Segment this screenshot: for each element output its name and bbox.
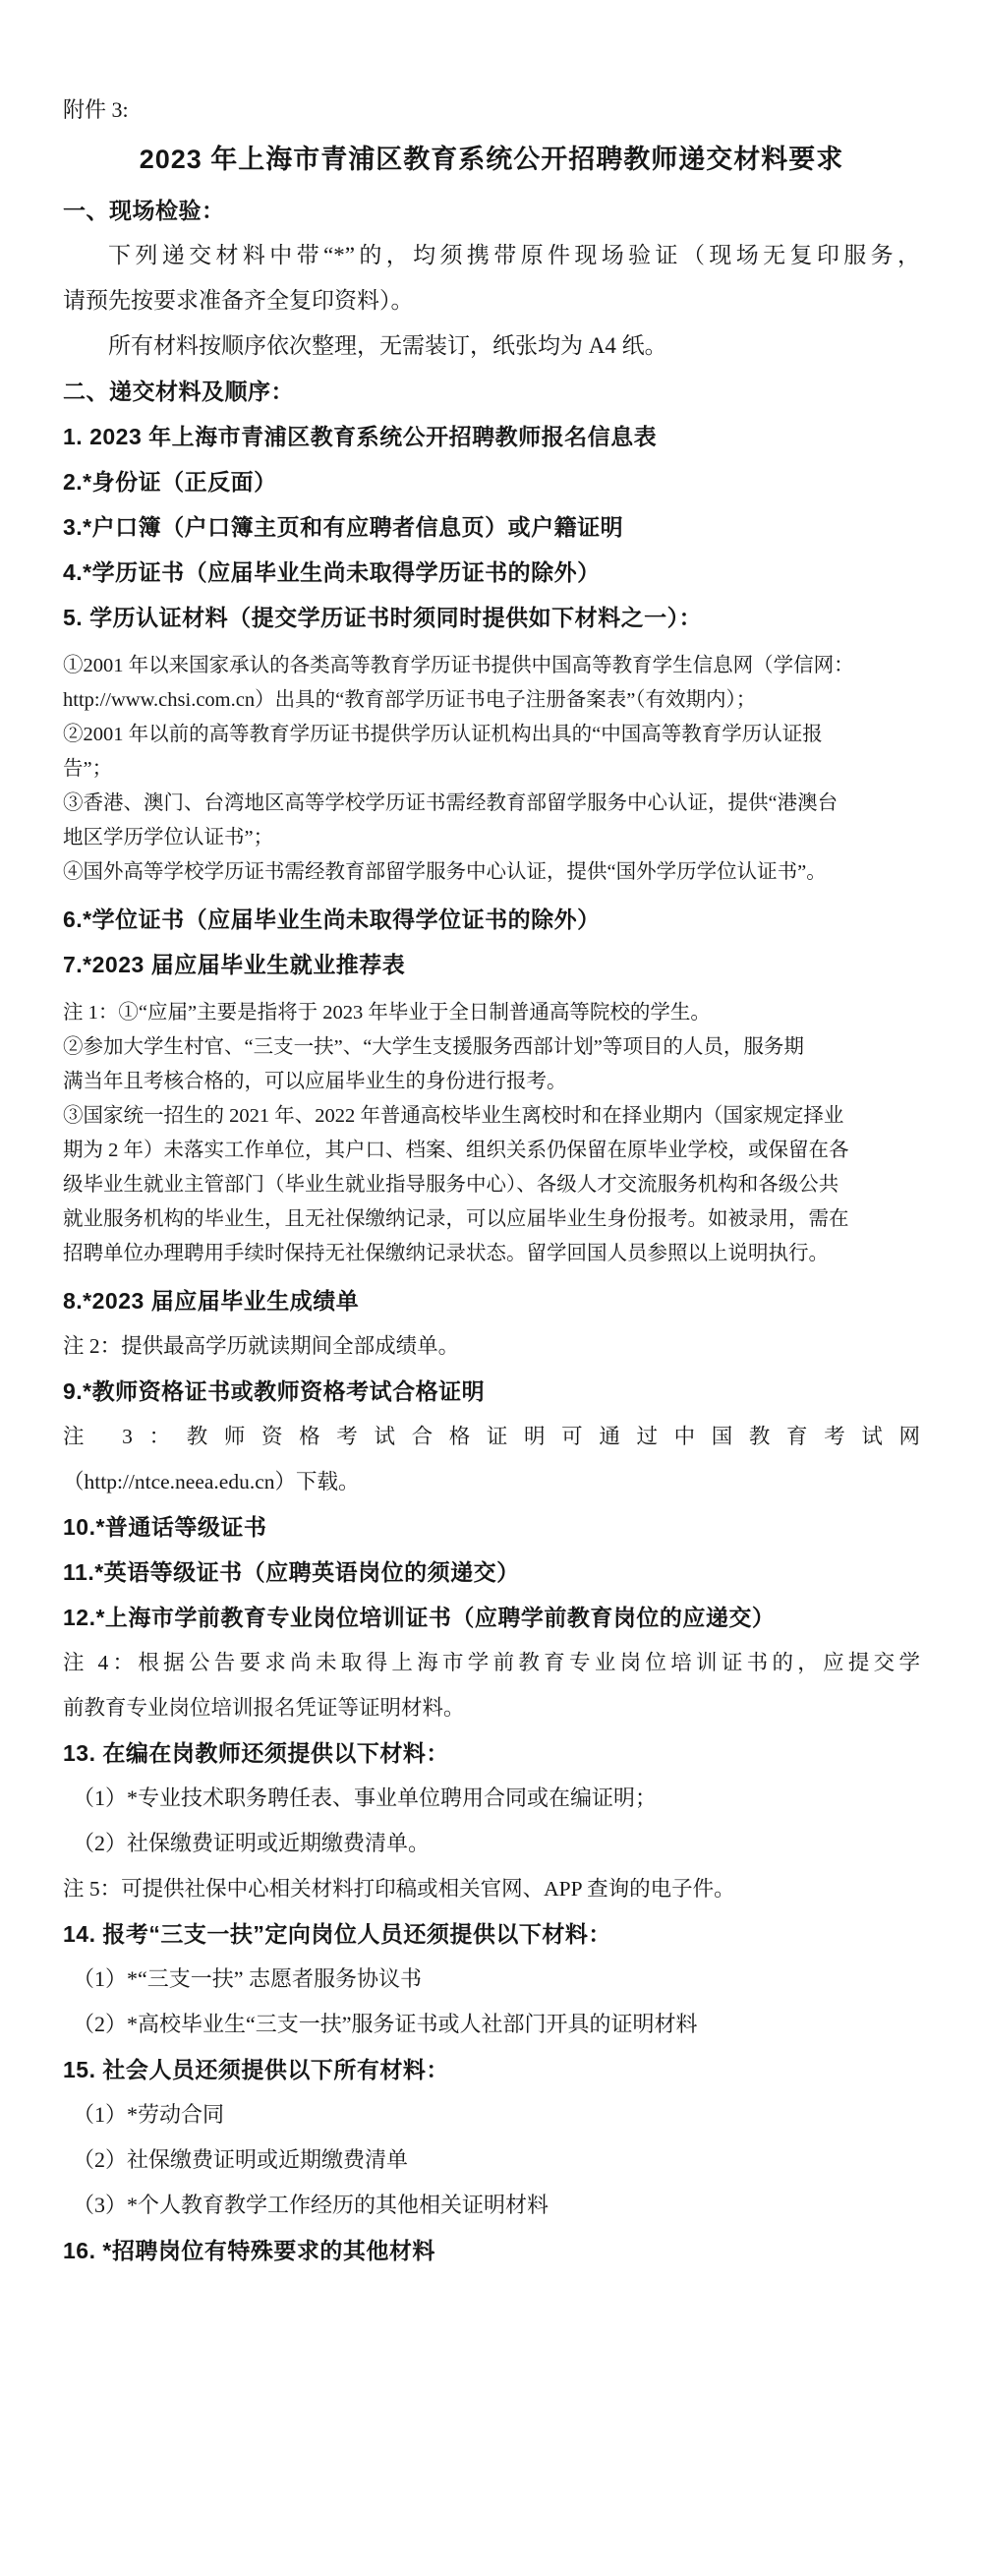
list-item: 8.*2023 届应届毕业生成绩单 [63, 1287, 920, 1315]
note-line: （http://ntce.neea.edu.cn）下载。 [63, 1468, 920, 1495]
list-item: 12.*上海市学前教育专业岗位培训证书（应聘学前教育岗位的应递交） [63, 1604, 920, 1631]
note-block-line: 期为 2 年）未落实工作单位，其户口、档案、组织关系仍保留在原毕业学校，或保留在… [63, 1134, 920, 1168]
note-block-line: ②2001 年以前的高等教育学历证书提供学历认证机构出具的“中国高等教育学历认证… [63, 718, 920, 752]
sub-item: （1）*专业技术职务聘任表、事业单位聘用合同或在编证明； [63, 1785, 920, 1812]
list-item: 11.*英语等级证书（应聘英语岗位的须递交） [63, 1558, 920, 1586]
list-item: 10.*普通话等级证书 [63, 1513, 920, 1541]
note-block: ①2001 年以来国家承认的各类高等教育学历证书提供中国高等教育学生信息网（学信… [63, 649, 920, 890]
sub-item: （2）社保缴费证明或近期缴费清单。 [63, 1830, 920, 1857]
note-line: 注 2：提供最高学历就读期间全部成绩单。 [63, 1332, 920, 1360]
paragraph-line: 请预先按要求准备齐全复印资料）。 [63, 287, 920, 315]
section-heading: 一、现场检验： [63, 197, 920, 224]
note-block-line: 招聘单位办理聘用手续时保持无社保缴纳记录状态。留学回国人员参照以上说明执行。 [63, 1237, 920, 1271]
paragraph-line: 所有材料按顺序依次整理，无需装订，纸张均为 A4 纸。 [63, 332, 920, 360]
list-item: 6.*学位证书（应届毕业生尚未取得学位证书的除外） [63, 906, 920, 933]
list-item: 5. 学历认证材料（提交学历证书时须同时提供如下材料之一）： [63, 604, 920, 631]
note-line: 注 5：可提供社保中心相关材料打印稿或相关官网、APP 查询的电子件。 [63, 1875, 920, 1903]
list-item: 16. *招聘岗位有特殊要求的其他材料 [63, 2237, 920, 2264]
note-block-line: 就业服务机构的毕业生，且无社保缴纳记录，可以应届毕业生身份报考。如被录用，需在 [63, 1202, 920, 1237]
note-block-line: ④国外高等学校学历证书需经教育部留学服务中心认证，提供“国外学历学位认证书”。 [63, 855, 920, 890]
list-item: 15. 社会人员还须提供以下所有材料： [63, 2056, 920, 2083]
paragraph-line: 下列递交材料中带“*”的，均须携带原件现场验证（现场无复印服务， [63, 242, 920, 269]
sub-item: （1）*“三支一扶” 志愿者服务协议书 [63, 1965, 920, 1993]
note-block-line: 地区学历学位认证书”； [63, 821, 920, 855]
sub-item: （2）*高校毕业生“三支一扶”服务证书或人社部门开具的证明材料 [63, 2011, 920, 2038]
note-block-line: 满当年且考核合格的，可以应届毕业生的身份进行报考。 [63, 1065, 920, 1099]
list-item: 14. 报考“三支一扶”定向岗位人员还须提供以下材料： [63, 1920, 920, 1948]
document-page: 附件 3:2023 年上海市青浦区教育系统公开招聘教师递交材料要求一、现场检验：… [0, 0, 983, 2264]
note-block-line: ③国家统一招生的 2021 年、2022 年普通高校毕业生离校时和在择业期内（国… [63, 1099, 920, 1134]
list-item: 13. 在编在岗教师还须提供以下材料： [63, 1739, 920, 1767]
list-item: 9.*教师资格证书或教师资格考试合格证明 [63, 1377, 920, 1405]
note-block-line: 告”； [63, 752, 920, 787]
list-item: 1. 2023 年上海市青浦区教育系统公开招聘教师报名信息表 [63, 423, 920, 450]
section-heading: 二、递交材料及顺序： [63, 378, 920, 405]
sub-item: （2）社保缴费证明或近期缴费清单 [63, 2146, 920, 2174]
attachment-label: 附件 3: [63, 96, 920, 124]
note-line: 注 3：教师资格考试合格证明可通过中国教育考试网 [63, 1423, 920, 1450]
note-line: 前教育专业岗位培训报名凭证等证明材料。 [63, 1694, 920, 1722]
list-item: 2.*身份证（正反面） [63, 468, 920, 496]
note-block-line: ③香港、澳门、台湾地区高等学校学历证书需经教育部留学服务中心认证，提供“港澳台 [63, 787, 920, 821]
note-block-line: http://www.chsi.com.cn）出具的“教育部学历证书电子注册备案… [63, 683, 920, 718]
note-block-line: 注 1：①“应届”主要是指将于 2023 年毕业于全日制普通高等院校的学生。 [63, 996, 920, 1030]
note-block-line: ①2001 年以来国家承认的各类高等教育学历证书提供中国高等教育学生信息网（学信… [63, 649, 920, 683]
sub-item: （1）*劳动合同 [63, 2101, 920, 2129]
note-block: 注 1：①“应届”主要是指将于 2023 年毕业于全日制普通高等院校的学生。②参… [63, 996, 920, 1271]
note-block-line: ②参加大学生村官、“三支一扶”、“大学生支援服务西部计划”等项目的人员，服务期 [63, 1030, 920, 1065]
document-body: 附件 3:2023 年上海市青浦区教育系统公开招聘教师递交材料要求一、现场检验：… [63, 96, 920, 2264]
list-item: 7.*2023 届应届毕业生就业推荐表 [63, 951, 920, 978]
sub-item: （3）*个人教育教学工作经历的其他相关证明材料 [63, 2192, 920, 2219]
note-block-line: 级毕业生就业主管部门（毕业生就业指导服务中心）、各级人才交流服务机构和各级公共 [63, 1168, 920, 1202]
document-title: 2023 年上海市青浦区教育系统公开招聘教师递交材料要求 [63, 142, 920, 177]
list-item: 4.*学历证书（应届毕业生尚未取得学历证书的除外） [63, 558, 920, 586]
note-line: 注 4：根据公告要求尚未取得上海市学前教育专业岗位培训证书的，应提交学 [63, 1649, 920, 1676]
list-item: 3.*户口簿（户口簿主页和有应聘者信息页）或户籍证明 [63, 513, 920, 541]
